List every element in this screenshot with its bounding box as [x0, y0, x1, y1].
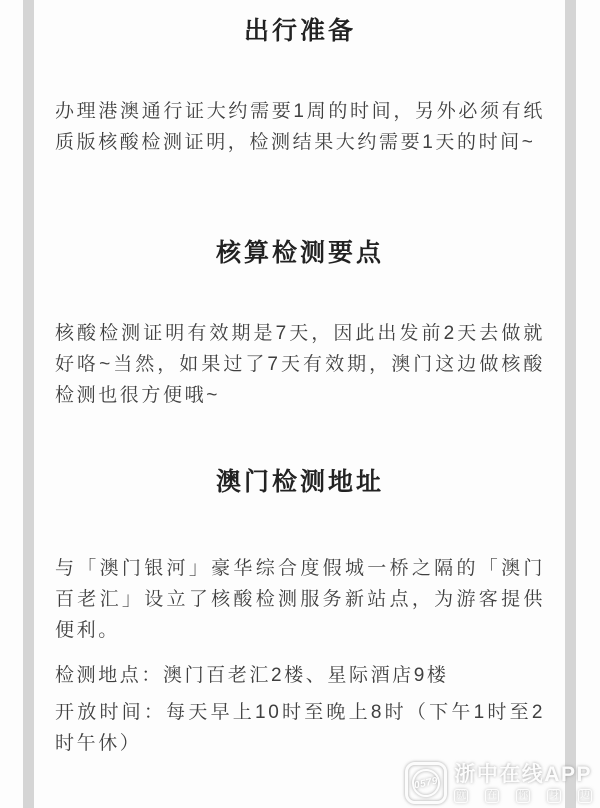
paragraph-travel-permit: 办理港澳通行证大约需要1周的时间，另外必须有纸质版核酸检测证明，检测结果大约需要…: [55, 96, 545, 158]
slogan-char: 边: [578, 789, 592, 803]
slogan-char: 身: [547, 789, 561, 803]
slogan-char: 你: [516, 789, 530, 803]
paragraph-test-location: 检测地点：澳门百老汇2楼、星际酒店9楼: [55, 660, 545, 691]
paragraph-test-station: 与「澳门银河」豪华综合度假城一桥之隔的「澳门百老汇」设立了核酸检测服务新站点，为…: [55, 553, 545, 646]
app-logo-icon: 0579: [405, 762, 447, 804]
slogan-char: 在: [485, 789, 499, 803]
section-title-travel-preparation: 出行准备: [55, 12, 545, 50]
section-title-macau-test-address: 澳门检测地址: [55, 463, 545, 501]
article-content: 出行准备 办理港澳通行证大约需要1周的时间，另外必须有纸质版核酸检测证明，检测结…: [34, 0, 565, 759]
app-watermark: 0579 浙中在线APP 就 在 你 身 边: [405, 762, 592, 804]
paragraph-test-validity: 核酸检测证明有效期是7天，因此出发前2天去做就好咯~当然，如果过了7天有效期，澳…: [55, 318, 545, 411]
watermark-text: 浙中在线APP 就 在 你 身 边: [454, 764, 592, 803]
section-title-test-key-points: 核算检测要点: [55, 234, 545, 272]
page-right-edge: [565, 0, 576, 808]
logo-code: 0579: [413, 775, 439, 791]
app-name: 浙中在线APP: [454, 764, 592, 786]
logo-ring-icon: 0579: [410, 766, 443, 799]
slogan-char: 就: [454, 789, 468, 803]
paragraph-opening-hours: 开放时间：每天早上10时至晚上8时（下午1时至2时午休）: [55, 697, 545, 759]
app-slogan: 就 在 你 身 边: [454, 789, 592, 803]
page-left-edge: [23, 0, 34, 808]
